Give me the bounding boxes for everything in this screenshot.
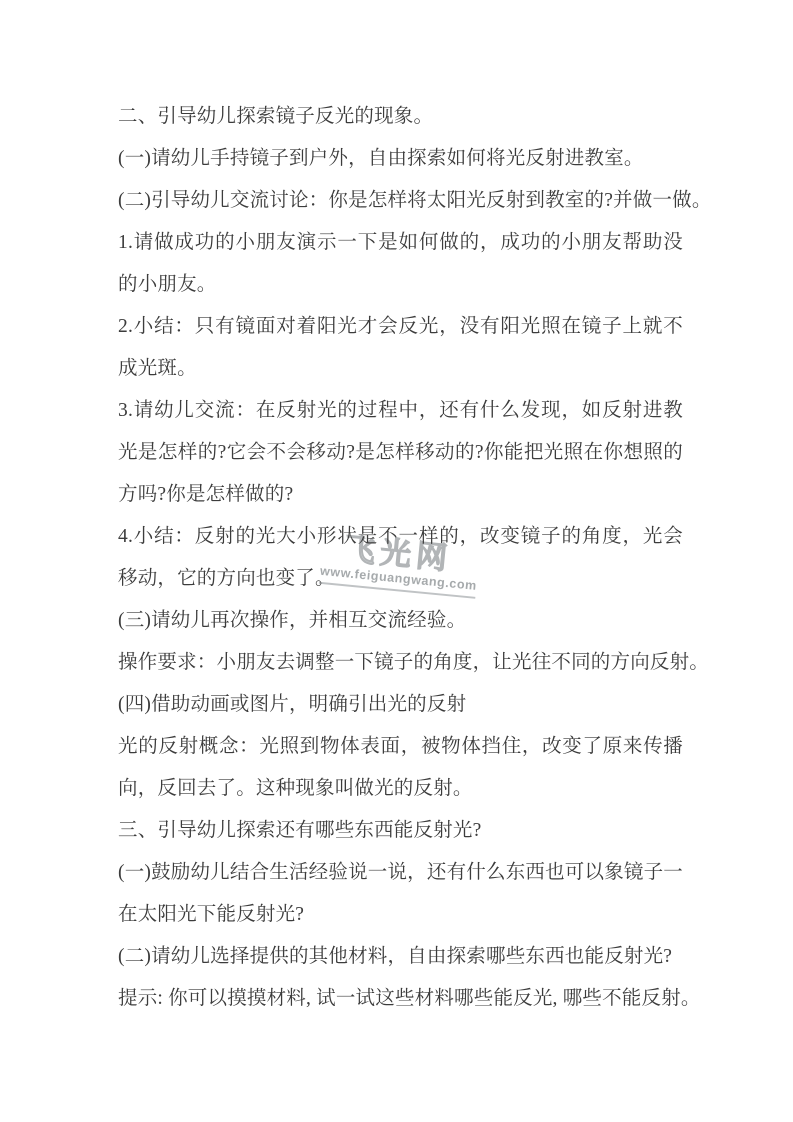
text-line: 成光斑。	[118, 348, 683, 390]
text-line: 1.请做成功的小朋友演示一下是如何做的，成功的小朋友帮助没成功	[118, 222, 683, 264]
text-line: 3.请幼儿交流：在反射光的过程中，还有什么发现，如反射进教室的	[118, 390, 683, 432]
text-line: (三)请幼儿再次操作，并相互交流经验。	[118, 600, 683, 642]
text-line: 光的反射概念：光照到物体表面，被物体挡住，改变了原来传播的方	[118, 726, 683, 768]
text-line: 2.小结：只有镜面对着阳光才会反光，没有阳光照在镜子上就不能形	[118, 306, 683, 348]
document-body: 二、引导幼儿探索镜子反光的现象。 (一)请幼儿手持镜子到户外，自由探索如何将光反…	[118, 96, 683, 1020]
document-page: 飞光网 www.feiguangwang.com 二、引导幼儿探索镜子反光的现象…	[0, 0, 793, 1122]
text-line-section-2-heading: 二、引导幼儿探索镜子反光的现象。	[118, 96, 683, 138]
text-line: 操作要求：小朋友去调整一下镜子的角度，让光往不同的方向反射。	[118, 642, 683, 684]
text-line: 光是怎样的?它会不会移动?是怎样移动的?你能把光照在你想照的地	[118, 432, 683, 474]
text-line: 的小朋友。	[118, 264, 683, 306]
text-line: 4.小结：反射的光大小形状是不一样的，改变镜子的角度，光会来回	[118, 516, 683, 558]
text-line: (一)请幼儿手持镜子到户外，自由探索如何将光反射进教室。	[118, 138, 683, 180]
text-line: 提示: 你可以摸摸材料, 试一试这些材料哪些能反光, 哪些不能反射。	[118, 978, 683, 1020]
text-line: 移动，它的方向也变了。	[118, 558, 683, 600]
text-line: (二)请幼儿选择提供的其他材料，自由探索哪些东西也能反射光?	[118, 936, 683, 978]
text-line: 在太阳光下能反射光?	[118, 894, 683, 936]
text-line: (二)引导幼儿交流讨论：你是怎样将太阳光反射到教室的?并做一做。	[118, 180, 683, 222]
text-line: (四)借助动画或图片，明确引出光的反射	[118, 684, 683, 726]
text-line: (一)鼓励幼儿结合生活经验说一说，还有什么东西也可以象镜子一样	[118, 852, 683, 894]
text-line: 向，反回去了。这种现象叫做光的反射。	[118, 768, 683, 810]
text-line: 方吗?你是怎样做的?	[118, 474, 683, 516]
text-line-section-3-heading: 三、引导幼儿探索还有哪些东西能反射光?	[118, 810, 683, 852]
